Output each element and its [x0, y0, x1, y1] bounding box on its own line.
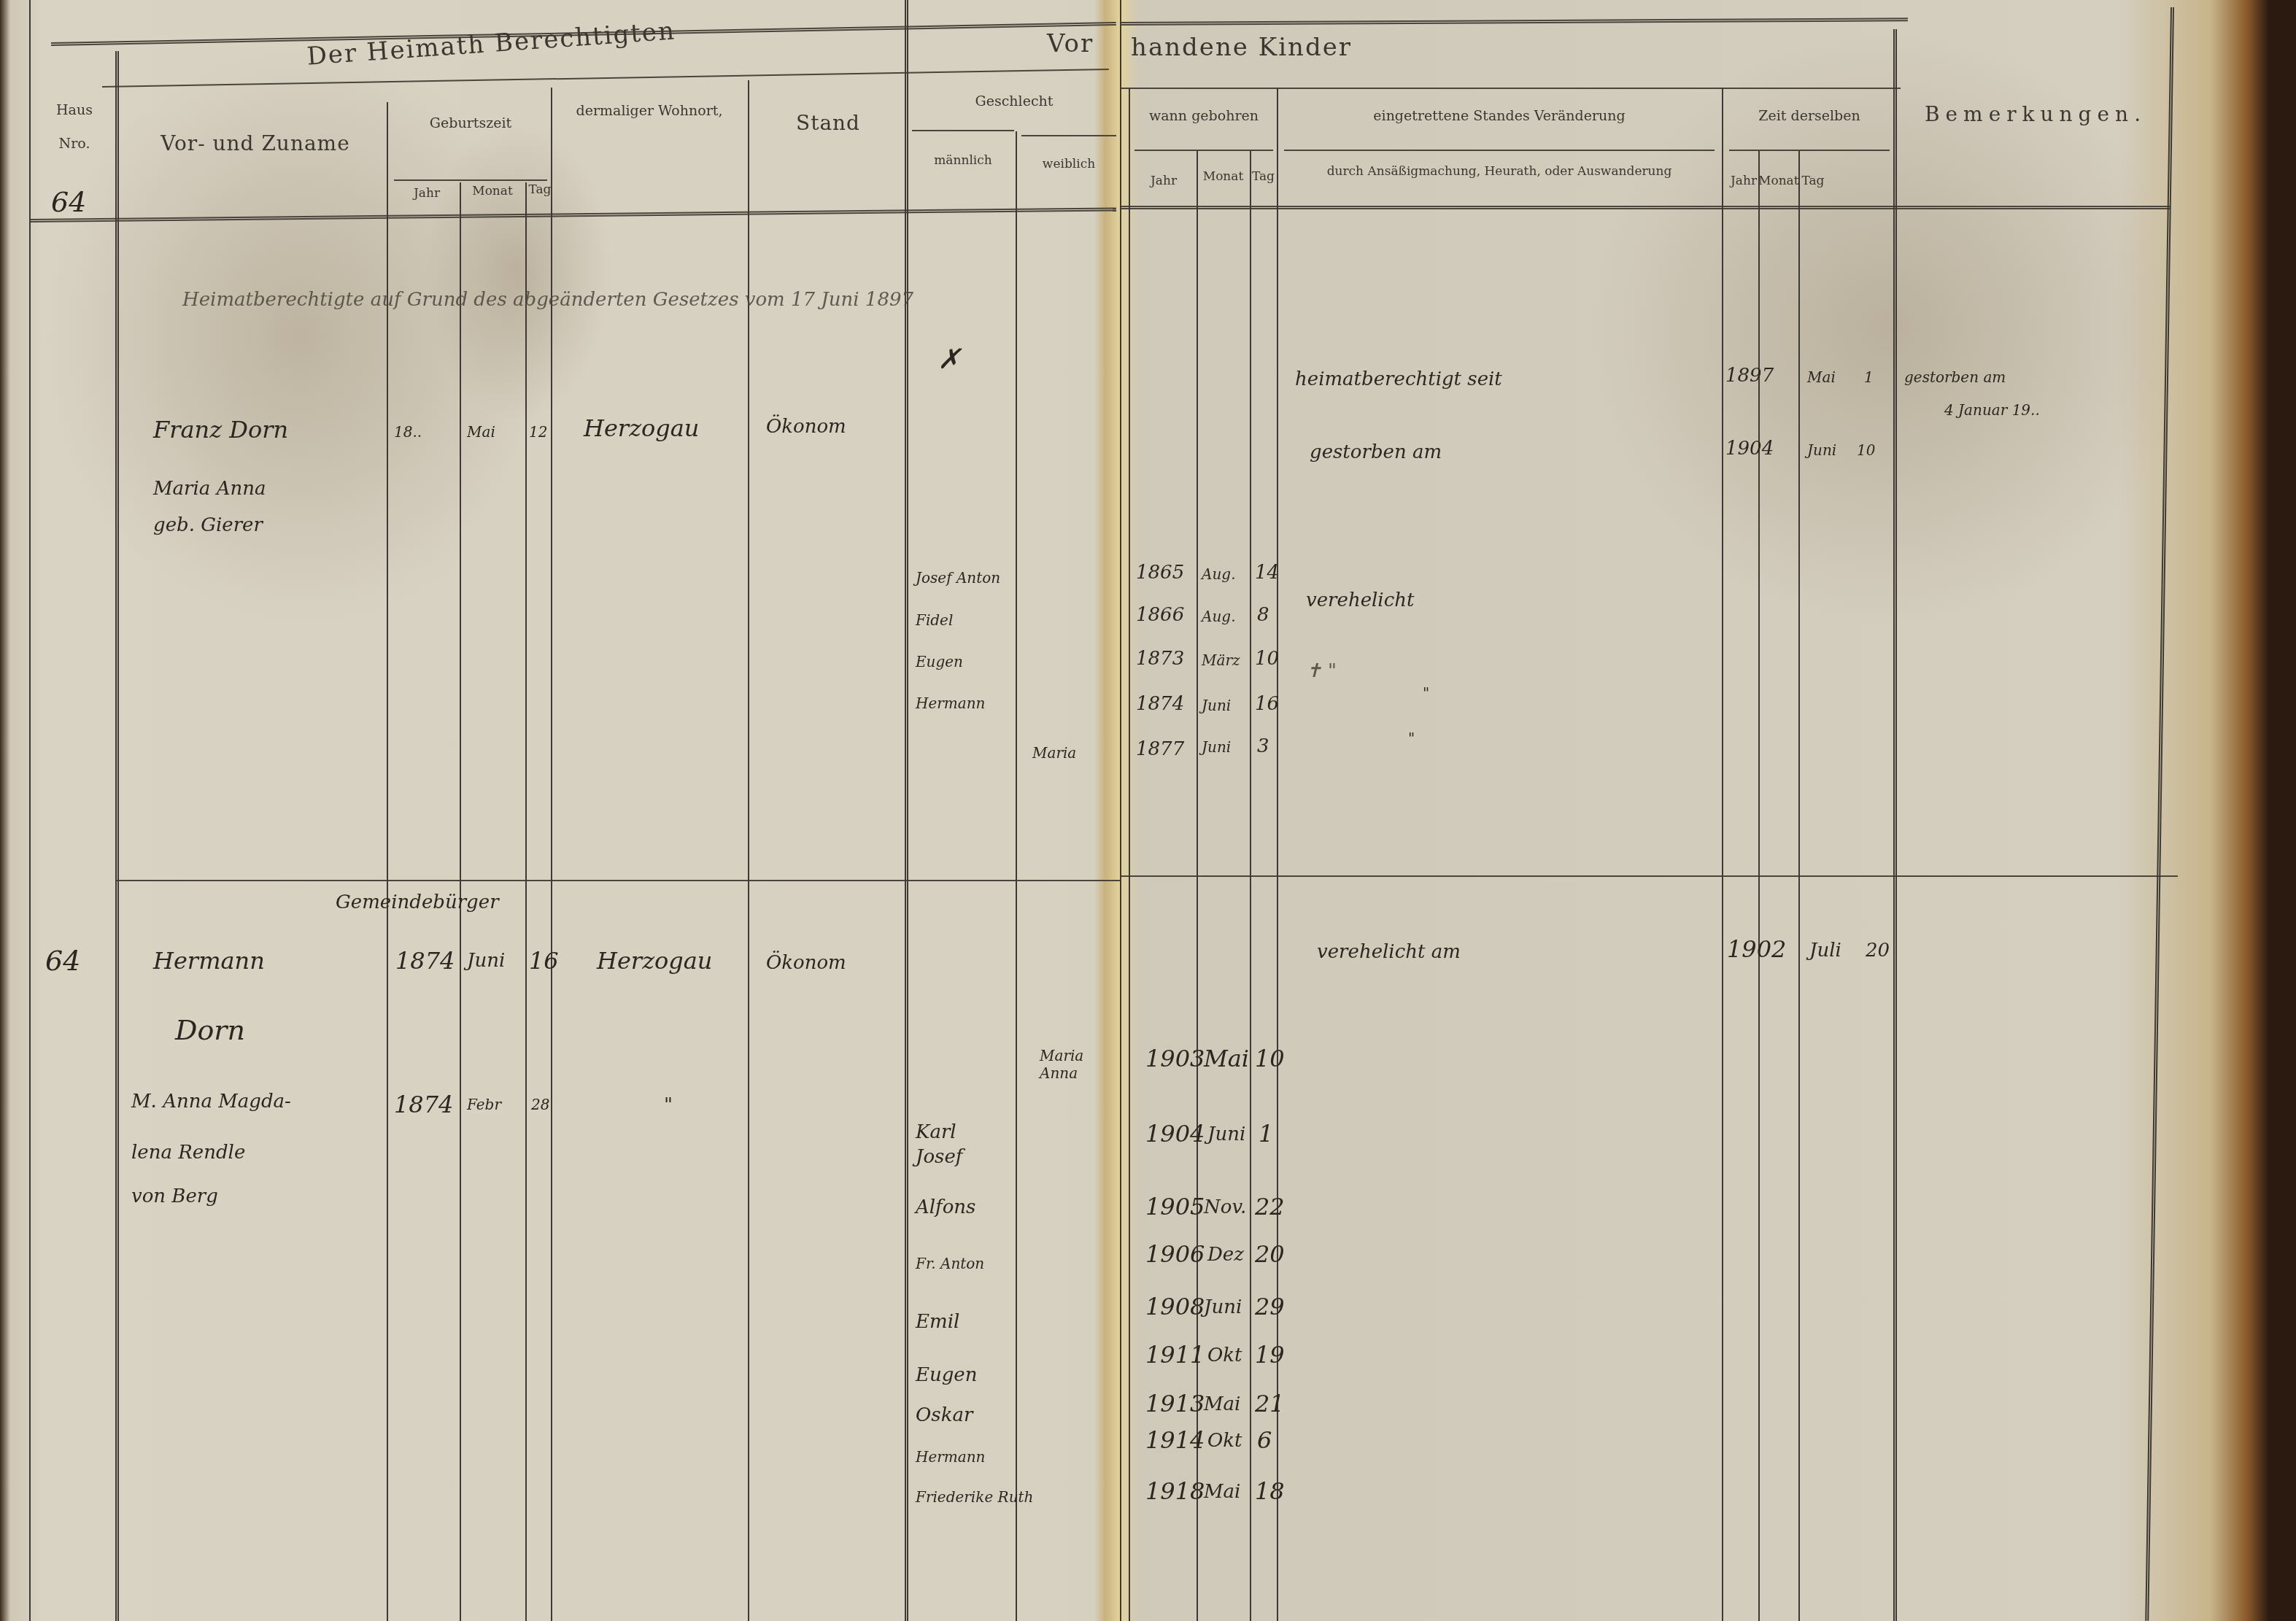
entry1-child2-month: Aug.	[1202, 608, 1235, 625]
entry1-child5-month: Juni	[1202, 738, 1231, 756]
entry2-child8-year: 1914	[1145, 1426, 1205, 1454]
entry1-child3-day: 10	[1255, 648, 1279, 670]
col-rule-name	[387, 102, 388, 1621]
col-header-standes-veraenderung: eingetrettene Standes Veränderung	[1284, 108, 1715, 124]
entry1-child3-male: Eugen	[916, 653, 963, 670]
gutter-rule	[1120, 0, 1121, 1621]
entry2-child9-female: Friederike Ruth	[916, 1488, 1033, 1506]
entry1-change2-year: 1904	[1725, 438, 1774, 460]
col-rule-stand	[1722, 88, 1723, 1621]
entry2-child8-male: Hermann	[916, 1448, 986, 1466]
left-page: Der Heimath Berechtigten Haus Nro. Vor- …	[29, 0, 1120, 1621]
col-rule-zeit-monat	[1798, 150, 1800, 1621]
entry2-name-line5: von Berg	[131, 1185, 218, 1207]
entry2-change1-month: Juli	[1809, 940, 1841, 962]
entry2-birth-day: 16	[529, 947, 559, 975]
col-rule-maennlich	[1016, 131, 1017, 1621]
entry1-birth-year: 18..	[394, 423, 422, 441]
col-header-standes-sub: durch Ansäßigmachung, Heurath, oder Ausw…	[1310, 162, 1689, 181]
col-header-wohnort: dermaliger Wohnort,	[558, 95, 741, 127]
entry2-house-number: 64	[45, 945, 80, 977]
section-title-vor: Vor	[1047, 29, 1094, 58]
right-page: Vor handene Kinder wann gebohren Jahr Mo…	[1120, 0, 2214, 1621]
col-header-zeit: Zeit derselben	[1729, 108, 1890, 124]
col-rule-stand	[905, 0, 908, 1621]
entry2-child3-year: 1905	[1145, 1193, 1205, 1220]
entry1-change1-day: 1	[1864, 368, 1874, 386]
col-rule-haus	[115, 51, 119, 1621]
col-header-bemerkungen: Bemerkungen.	[1901, 102, 2171, 126]
entry2-change1-year: 1902	[1727, 935, 1786, 963]
entry2-stand: Ökonom	[766, 952, 846, 974]
col-header-haus-nr: Haus Nro.	[45, 93, 104, 160]
geschlecht-sub-rule	[1021, 135, 1116, 136]
entry1-birth-day: 12	[529, 423, 547, 441]
entry2-child4-month: Dez	[1207, 1244, 1244, 1266]
entry1-change1-month: Mai	[1807, 368, 1836, 386]
entry2-child7-day: 21	[1255, 1390, 1285, 1417]
entry2-name-line3: M. Anna Magda-	[131, 1091, 291, 1113]
entry2-child1-month: Mai	[1204, 1045, 1249, 1072]
entry1-child1-male: Josef Anton	[916, 569, 1000, 587]
entry1-child5-female: Maria	[1032, 744, 1076, 762]
entry1-child5-year: 1877	[1136, 738, 1184, 760]
entry2-change1-day: 20	[1866, 940, 1890, 962]
col-rule-zeit	[1893, 29, 1897, 1621]
section-title-heimath: Der Heimath Berechtigten	[306, 16, 676, 71]
zeit-sub-rule	[1729, 150, 1890, 151]
entry2-child2-year: 1904	[1145, 1120, 1205, 1148]
col-header-geschlecht: Geschlecht	[912, 93, 1116, 109]
col-rule-monat	[525, 182, 527, 1621]
col-rule-left	[1129, 88, 1130, 1621]
entry2-child8-month: Okt	[1207, 1430, 1242, 1452]
entry1-child3-year: 1873	[1136, 648, 1184, 670]
entry2-child9-day: 18	[1255, 1477, 1285, 1505]
stand-sub-rule	[1284, 150, 1715, 151]
entry2-child7-year: 1913	[1145, 1390, 1205, 1417]
entry1-child2-change: verehelicht	[1306, 589, 1414, 611]
entry2-child4-day: 20	[1255, 1240, 1285, 1268]
col-header-geburt-tag: Tag	[525, 182, 554, 197]
entry2-child9-month: Mai	[1204, 1481, 1240, 1503]
entry2-child5-day: 29	[1255, 1293, 1285, 1320]
left-margin-rule	[29, 0, 31, 1621]
entry2-child1-day: 10	[1255, 1045, 1285, 1072]
entry2-child6-year: 1911	[1145, 1341, 1205, 1369]
col-header-zeit-jahr: Jahr	[1729, 174, 1758, 188]
entry2-child3-male: Alfons	[916, 1196, 975, 1218]
entry2-child9-year: 1918	[1145, 1477, 1205, 1505]
entry1-note-mark: ✗	[938, 343, 961, 375]
entry2-child2-day: 1	[1259, 1120, 1273, 1148]
section-title-kinder: handene Kinder	[1131, 33, 1352, 62]
entry1-name-line2: Maria Anna	[153, 478, 266, 500]
entry1-child2-year: 1866	[1136, 604, 1184, 626]
entry1-birth-month: Mai	[467, 423, 495, 441]
col-header-kind-tag: Tag	[1250, 169, 1277, 184]
entry2-child1-female: Maria Anna	[1040, 1047, 1098, 1082]
entry-separator-rule	[1120, 875, 2178, 877]
entry2-child4-male: Fr. Anton	[916, 1255, 984, 1272]
entry2-name-line2: Dorn	[175, 1014, 245, 1046]
header-bottom-rule	[29, 207, 1116, 223]
entry1-child1-year: 1865	[1136, 562, 1184, 584]
entry2-child4-year: 1906	[1145, 1240, 1205, 1268]
col-header-stand: Stand	[755, 111, 901, 135]
entry1-change2-month: Juni	[1807, 441, 1836, 459]
entry1-child4-month: Juni	[1202, 697, 1231, 714]
col-header-kind-jahr: Jahr	[1131, 174, 1197, 188]
header-mid-rule	[1120, 88, 1901, 89]
entry1-change1-year: 1897	[1725, 365, 1774, 387]
entry2-wohnort: Herzogau	[597, 947, 712, 975]
col-rule-monat	[1250, 150, 1251, 1621]
header-top-rule	[1120, 18, 1908, 26]
open-register-book: Der Heimath Berechtigten Haus Nro. Vor- …	[0, 0, 2296, 1621]
entry2-wife-birth-month: Febr	[467, 1096, 501, 1113]
entry1-stand: Ökonom	[766, 416, 846, 438]
col-header-name: Vor- und Zuname	[139, 131, 372, 155]
entry1-change1-text: heimatberechtigt seit	[1295, 368, 1502, 390]
entry2-child3-day: 22	[1255, 1193, 1285, 1220]
entry1-child1-day: 14	[1255, 562, 1279, 584]
entry1-name-line3: geb. Gierer	[153, 514, 263, 536]
col-header-geburt-jahr: Jahr	[394, 186, 460, 201]
entry1-child4-day: 16	[1255, 693, 1279, 715]
entry1-child4-male: Hermann	[916, 695, 986, 712]
entry1-child1-month: Aug.	[1202, 565, 1235, 583]
col-header-geburtszeit: Geburtszeit	[394, 115, 547, 131]
header-house-number: 64	[51, 186, 86, 218]
entry1-change2-day: 10	[1857, 441, 1875, 459]
col-header-wann-geboren: wann gebohren	[1131, 108, 1277, 124]
entry2-wife-birth-day: 28	[531, 1096, 549, 1113]
entry2-child3-month: Nov.	[1204, 1196, 1246, 1218]
entry2-child5-male: Emil	[916, 1311, 959, 1333]
entry1-name-line1: Franz Dorn	[153, 416, 288, 444]
col-header-weiblich: weiblich	[1021, 157, 1116, 171]
wann-sub-rule	[1135, 150, 1273, 151]
entry2-child2-month: Juni	[1207, 1123, 1245, 1145]
entry1-remark-line2: 4 Januar 19..	[1944, 401, 2040, 419]
entry1-child4-year: 1874	[1136, 693, 1184, 715]
entry2-note: Gemeindebürger	[336, 891, 499, 913]
entry1-child4-change: "	[1423, 684, 1429, 702]
col-header-geburt-monat: Monat	[460, 184, 525, 198]
entry1-wohnort: Herzogau	[584, 414, 699, 442]
entry2-child2-male: Karl Josef	[916, 1120, 1003, 1169]
entry1-remark-line1: gestorben am	[1904, 368, 2006, 386]
entry1-note: Heimatberechtigte auf Grund des abgeände…	[182, 277, 948, 322]
entry2-change1-text: verehelicht am	[1317, 941, 1461, 963]
entry2-birth-year: 1874	[395, 947, 455, 975]
entry2-name-line1: Hermann	[153, 947, 265, 975]
entry2-child6-day: 19	[1255, 1341, 1285, 1369]
col-header-zeit-tag: Tag	[1798, 174, 1828, 188]
entry-separator-rule	[117, 880, 1120, 881]
entry2-name-line4: lena Rendle	[131, 1142, 245, 1164]
entry1-child2-day: 8	[1257, 604, 1269, 626]
entry2-birth-month: Juni	[467, 950, 505, 972]
entry1-child3-month: März	[1202, 651, 1240, 669]
entry2-child6-male: Eugen	[916, 1364, 978, 1386]
entry2-child7-male: Oskar	[916, 1404, 973, 1426]
col-header-maennlich: männlich	[912, 153, 1014, 168]
entry2-wife-wohnort-ditto: "	[664, 1094, 673, 1116]
geschlecht-sub-rule	[912, 130, 1014, 131]
entry2-child6-month: Okt	[1207, 1345, 1242, 1366]
entry1-child5-day: 3	[1257, 735, 1269, 757]
entry2-child7-month: Mai	[1204, 1393, 1240, 1415]
right-margin-rule	[2145, 7, 2174, 1621]
entry1-change2-text: gestorben am	[1310, 441, 1442, 463]
entry1-child3-change: ✝ "	[1306, 660, 1337, 682]
col-header-kind-monat: Monat	[1197, 169, 1250, 184]
entry1-child5-change: "	[1408, 730, 1415, 747]
entry2-child8-day: 6	[1257, 1426, 1272, 1454]
entry2-wife-birth-year: 1874	[394, 1091, 453, 1118]
col-header-zeit-monat: Monat	[1758, 174, 1798, 188]
geburtszeit-sub-rule	[394, 179, 547, 181]
entry1-child2-male: Fidel	[916, 611, 953, 629]
entry2-child5-month: Juni	[1204, 1296, 1242, 1318]
entry2-child1-year: 1903	[1145, 1045, 1205, 1072]
header-mid-rule	[102, 69, 1109, 88]
entry2-child5-year: 1908	[1145, 1293, 1205, 1320]
